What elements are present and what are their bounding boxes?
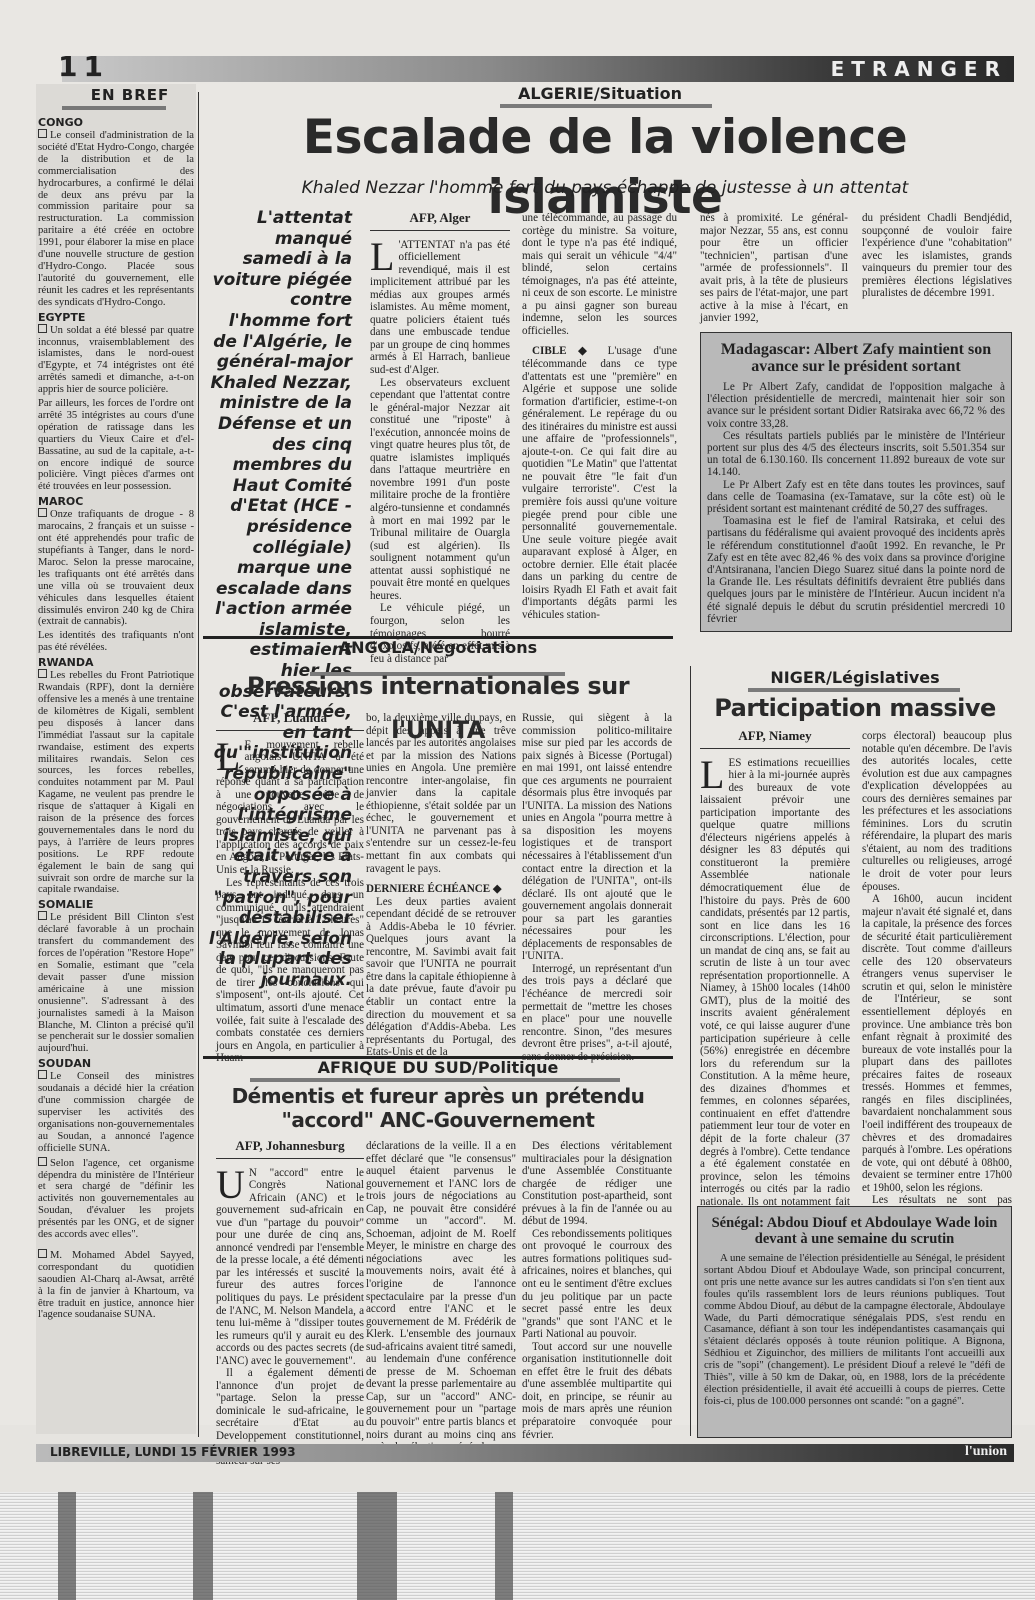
footer-dateline: LIBREVILLE, LUNDI 15 FÉVRIER 1993 [50, 1445, 296, 1459]
madagascar-box: Madagascar: Albert Zafy maintient son av… [700, 332, 1012, 632]
angola-kicker: ANGOLA/Négociations [203, 638, 673, 657]
algerie-kicker: ALGERIE/Situation [470, 84, 730, 103]
body-text: Ces rebondissements politiques ont provo… [522, 1228, 672, 1341]
niger-column-2: corps électoral) beaucoup plus notable q… [862, 730, 1012, 1219]
byline: AFP, Alger [370, 212, 510, 231]
column-divider [690, 666, 691, 1436]
body-text: bo, la deuxième ville du pays, en dépit … [366, 712, 516, 875]
scan-noise-area [0, 1492, 1035, 1600]
body-text: corps électoral) beaucoup plus notable q… [862, 730, 1012, 893]
senegal-headline: Sénégal: Abdou Diouf et Abdoulaye Wade l… [698, 1207, 1011, 1253]
brief-text: Selon l'agence, cet organisme dépendra d… [38, 1158, 194, 1240]
algerie-column-4: du président Chadli Bendjédid, soupçonné… [862, 212, 1012, 300]
byline: AFP, Luanda [216, 712, 364, 731]
angola-column-3: Russie, qui siègent à la commission poli… [522, 712, 672, 1063]
senegal-body: A une semaine de l'élection présidentiel… [698, 1253, 1011, 1408]
headline-line: "accord" ANC-Gouvernement [203, 1108, 673, 1132]
drop-cap: L [370, 241, 394, 273]
body-text: ES estimations recueillies hier à la mi-… [700, 757, 850, 1246]
body-text: Toamasina est le fief de l'amiral Ratsir… [707, 515, 1005, 625]
scan-band [58, 1492, 76, 1600]
brief-country: RWANDA [38, 656, 194, 669]
column-divider [198, 92, 199, 1437]
algerie-column-2: une télécommande, au passage du cortège … [522, 212, 677, 622]
drop-cap: L [216, 741, 240, 773]
senegal-box: Sénégal: Abdou Diouf et Abdoulaye Wade l… [697, 1206, 1012, 1438]
en-bref-list: CONGO Le conseil d'administration de la … [38, 115, 194, 1323]
body-text: Le Pr Albert Zafy est en tête dans toute… [707, 479, 1005, 516]
brief-item-congo: CONGO Le conseil d'administration de la … [38, 116, 194, 309]
checkbox-bullet-icon [38, 508, 47, 517]
scan-band [357, 1492, 397, 1600]
brief-text: Le Conseil des ministres soudanais a déc… [38, 1071, 194, 1153]
body-text: Russie, qui siègent à la commission poli… [522, 712, 672, 963]
body-text: Interrogé, un représentant d'un des troi… [522, 963, 672, 1063]
headline-line: Démentis et fureur après un prétendu [203, 1084, 673, 1108]
newspaper-page: 11 ETRANGER EN BREF CONGO Le conseil d'a… [0, 0, 1035, 1425]
madagascar-headline: Madagascar: Albert Zafy maintient son av… [701, 333, 1011, 381]
afrique-du-sud-headline: Démentis et fureur après un prétendu "ac… [203, 1084, 673, 1132]
body-text: Des élections véritablement multiraciale… [522, 1140, 672, 1228]
brief-item-rwanda: RWANDA Les rebelles du Front Patriotique… [38, 656, 194, 896]
niger-kicker: NIGER/Législatives [700, 668, 1010, 687]
drop-cap: U [216, 1169, 245, 1201]
checkbox-bullet-icon [38, 669, 47, 678]
afrique-du-sud-column-1: AFP, Johannesburg UN "accord" entre le C… [216, 1140, 364, 1468]
angola-column-1: AFP, Luanda LE mouvement rebelle angolai… [216, 712, 364, 1065]
algerie-column-1: AFP, Alger L'ATTENTAT n'a pas été offici… [370, 212, 510, 665]
kicker-rule [250, 1078, 620, 1082]
subhead: DERNIERE ÉCHÉANCE ◆ [366, 883, 502, 895]
body-text: une télécommande, au passage du cortège … [522, 212, 677, 337]
checkbox-bullet-icon [38, 1249, 47, 1258]
brief-text: Un soldat a été blessé par quatre inconn… [38, 325, 194, 396]
niger-headline: Participation massive [700, 692, 1010, 724]
brief-country: CONGO [38, 116, 194, 129]
angola-column-2: bo, la deuxième ville du pays, en dépit … [366, 712, 516, 1059]
brief-text: Onze trafiquants de drogue - 8 marocains… [38, 509, 194, 627]
body-text: Ces résultats partiels publiés par le mi… [707, 430, 1005, 479]
brief-country: MAROC [38, 495, 194, 508]
brief-country: SOMALIE [38, 898, 194, 911]
afrique-du-sud-kicker: AFRIQUE DU SUD/Politique [203, 1058, 673, 1077]
body-text: Les deux parties avaient cependant décid… [366, 896, 516, 1059]
body-text: nés à promixité. Le général-major Nezzar… [700, 212, 848, 325]
algerie-deck: Khaled Nezzar l'homme fort du pays échap… [205, 178, 1005, 198]
page-number: 11 [58, 50, 109, 83]
brief-text: M. Mohamed Abdel Sayyed, correspondant d… [38, 1250, 194, 1321]
byline: AFP, Johannesburg [216, 1140, 364, 1159]
scan-band [495, 1492, 513, 1600]
body-text: Les représentants de ces trois pays ont … [216, 877, 364, 1065]
body-text: A 16h00, aucun incident majeur n'avait é… [862, 893, 1012, 1194]
madagascar-body: Le Pr Albert Zafy, candidat de l'opposit… [701, 381, 1011, 625]
checkbox-bullet-icon [38, 1157, 47, 1166]
niger-column-1: AFP, Niamey LES estimations recueillies … [700, 730, 850, 1246]
byline: AFP, Niamey [700, 730, 850, 749]
section-title: ETRANGER [831, 57, 1007, 81]
body-text: du président Chadli Bendjédid, soupçonné… [862, 212, 1012, 300]
checkbox-bullet-icon [38, 324, 47, 333]
en-bref-title: EN BREF [70, 86, 190, 104]
algerie-column-3: nés à promixité. Le général-major Nezzar… [700, 212, 848, 325]
subhead: CIBLE ◆ [532, 345, 596, 357]
brief-item-maroc: MAROC Onze trafiquants de drogue - 8 mar… [38, 495, 194, 654]
brief-country: EGYPTE [38, 311, 194, 324]
brief-text: Par ailleurs, les forces de l'ordre ont … [38, 398, 194, 493]
body-text: déclarations de la veille. Il a en effet… [366, 1140, 516, 1454]
afrique-du-sud-column-2: déclarations de la veille. Il a en effet… [366, 1140, 516, 1454]
checkbox-bullet-icon [38, 1070, 47, 1079]
body-text: Le Pr Albert Zafy, candidat de l'opposit… [707, 381, 1005, 430]
body-text: Tout accord sur une nouvelle organisatio… [522, 1341, 672, 1441]
body-text: A une semaine de l'élection présidentiel… [704, 1253, 1005, 1408]
brief-item-egypte: EGYPTE Un soldat a été blessé par quatre… [38, 311, 194, 494]
brief-text: Les identités des trafiquants n'ont pas … [38, 630, 194, 654]
brief-item-somalie: SOMALIE Le président Bill Clinton s'est … [38, 898, 194, 1055]
body-text: L'usage d'une télécommande dans ce type … [522, 345, 677, 620]
scan-band [193, 1492, 213, 1600]
brief-text: Le conseil d'administration de la sociét… [38, 130, 194, 308]
afrique-du-sud-column-3: Des élections véritablement multiraciale… [522, 1140, 672, 1441]
drop-cap: L [700, 759, 724, 791]
body-text: Les observateurs excluent cependant que … [370, 377, 510, 603]
brief-item-soudan: SOUDAN Le Conseil des ministres soudanai… [38, 1057, 194, 1321]
en-bref-rule [62, 106, 166, 110]
footer-masthead: l'union [965, 1444, 1007, 1460]
checkbox-bullet-icon [38, 911, 47, 920]
checkbox-bullet-icon [38, 129, 47, 138]
brief-text: Le président Bill Clinton s'est déclaré … [38, 912, 194, 1054]
brief-country: SOUDAN [38, 1057, 194, 1070]
brief-text: Les rebelles du Front Patriotique Rwanda… [38, 670, 194, 895]
